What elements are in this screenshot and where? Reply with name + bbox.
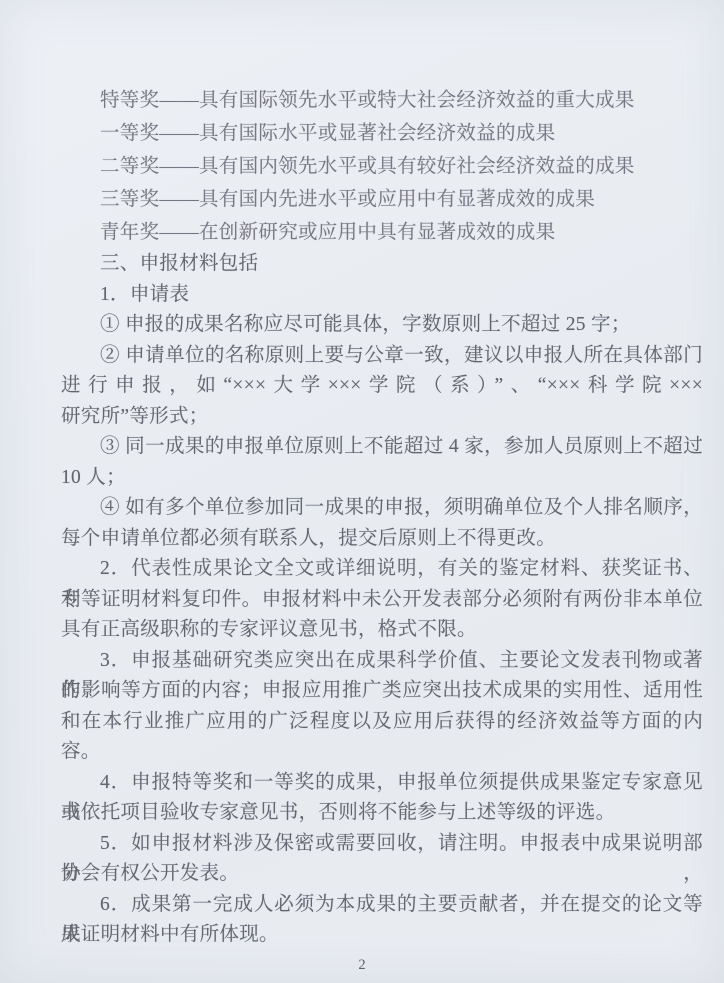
subitem-3-line-1: ③ 同一成果的申报单位原则上不能超过 4 家，参加人员原则上不超过 <box>61 432 703 463</box>
item-1-application-form: 1．申请表 <box>61 280 703 311</box>
item-5-line-1: 5．如申报材料涉及保密或需要回收，请注明。申报表中成果说明部分， <box>61 829 703 860</box>
item-2-line-2: 利等证明材料复印件。申报材料中未公开发表部分必须附有两份非本单位 <box>61 585 703 616</box>
subitem-2-line-3: 研究所”等形式； <box>61 402 703 433</box>
item-4-line-1: 4．申报特等奖和一等奖的成果，申报单位须提供成果鉴定专家意见书 <box>61 768 703 799</box>
item-3-line-3: 和在本行业推广应用的广泛程度以及应用后获得的经济效益等方面的内 <box>61 707 703 738</box>
item-2-line-1: 2．代表性成果论文全文或详细说明，有关的鉴定材料、获奖证书、专 <box>61 554 703 585</box>
subitem-2-line-1: ② 申请单位的名称原则上要与公章一致，建议以申报人所在具体部门 <box>61 341 703 372</box>
item-6-line-2: 果证明材料中有所体现。 <box>61 920 703 951</box>
subitem-4-line-1: ④ 如有多个单位参加同一成果的申报，须明确单位及个人排名顺序， <box>61 493 703 524</box>
page-number: 2 <box>0 957 724 974</box>
item-2-line-3: 具有正高级职称的专家评议意见书，格式不限。 <box>61 615 703 646</box>
subitem-3-line-2: 10 人； <box>61 463 703 494</box>
item-3-line-1: 3．申报基础研究类应突出在成果科学价值、主要论文发表刊物或著作 <box>61 646 703 677</box>
subitem-1-line: ① 申报的成果名称应尽可能具体，字数原则上不超过 25 字； <box>61 310 703 341</box>
award-line-first-prize: 一等奖——具有国际水平或显著社会经济效益的成果 <box>61 117 703 150</box>
award-line-youth-prize: 青年奖——在创新研究或应用中具有显著成效的成果 <box>61 216 703 249</box>
scanned-document-page: 特等奖——具有国际领先水平或特大社会经济效益的重大成果 一等奖——具有国际水平或… <box>0 0 724 983</box>
item-3-line-2: 的影响等方面的内容；申报应用推广类应突出技术成果的实用性、适用性 <box>61 676 703 707</box>
item-4-line-2: 或依托项目验收专家意见书，否则将不能参与上述等级的评选。 <box>61 798 703 829</box>
document-text-block: 特等奖——具有国际领先水平或特大社会经济效益的重大成果 一等奖——具有国际水平或… <box>61 84 703 951</box>
item-3-line-4: 容。 <box>61 737 703 768</box>
item-6-line-1: 6．成果第一完成人必须为本成果的主要贡献者，并在提交的论文等成 <box>61 890 703 921</box>
award-line-third-prize: 三等奖——具有国内先进水平或应用中有显著成效的成果 <box>61 183 703 216</box>
subitem-4-line-2: 每个申请单位都必须有联系人，提交后原则上不得更改。 <box>61 524 703 555</box>
subitem-2-line-2: 进行申报，如“×××大学×××学院（系）”、“×××科学院××× <box>61 371 703 402</box>
award-line-second-prize: 二等奖——具有国内领先水平或具有较好社会经济效益的成果 <box>61 150 703 183</box>
section-heading-materials: 三、申报材料包括 <box>61 249 703 280</box>
award-line-special-prize: 特等奖——具有国际领先水平或特大社会经济效益的重大成果 <box>61 84 703 117</box>
